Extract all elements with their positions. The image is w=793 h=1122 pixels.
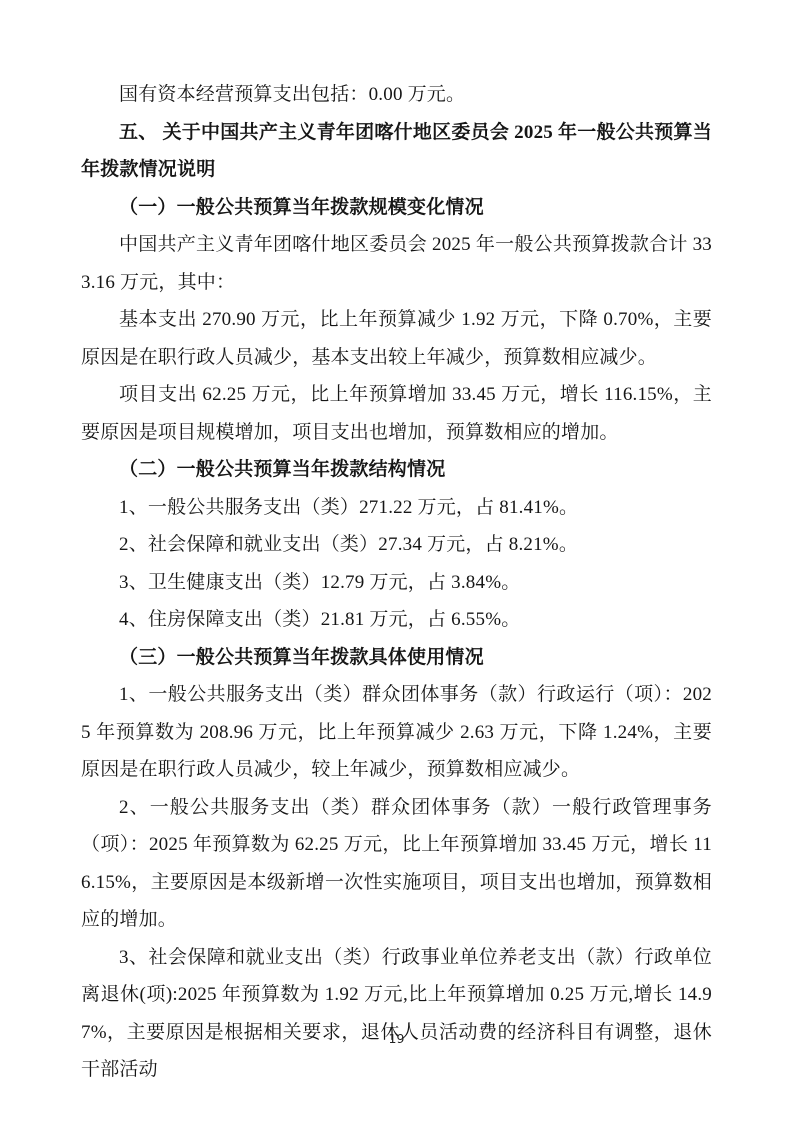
para-total-appropriation: 中国共产主义青年团喀什地区委员会 2025 年一般公共预算拨款合计 333.16… <box>81 226 712 301</box>
para-project-expenditure: 项目支出 62.25 万元，比上年预算增加 33.45 万元，增长 116.15… <box>81 376 712 451</box>
para-usage-item-2: 2、一般公共服务支出（类）群众团体事务（款）一般行政管理事务（项）：2025 年… <box>81 789 712 939</box>
para-structure-item-3: 3、卫生健康支出（类）12.79 万元，占 3.84%。 <box>81 564 712 602</box>
para-structure-item-1: 1、一般公共服务支出（类）271.22 万元，占 81.41%。 <box>81 489 712 527</box>
para-basic-expenditure: 基本支出 270.90 万元，比上年预算减少 1.92 万元，下降 0.70%，… <box>81 301 712 376</box>
heading-subsection-3: （三）一般公共预算当年拨款具体使用情况 <box>81 639 712 677</box>
para-soe-budget-expenditure: 国有资本经营预算支出包括：0.00 万元。 <box>81 76 712 114</box>
para-usage-item-3: 3、社会保障和就业支出（类）行政事业单位养老支出（款）行政单位离退休(项):20… <box>81 939 712 1089</box>
para-usage-item-1: 1、一般公共服务支出（类）群众团体事务（款）行政运行（项）：2025 年预算数为… <box>81 676 712 789</box>
document-page: 国有资本经营预算支出包括：0.00 万元。 五、 关于中国共产主义青年团喀什地区… <box>0 0 793 1122</box>
page-number: 19 <box>0 1031 793 1046</box>
para-structure-item-4: 4、住房保障支出（类）21.81 万元，占 6.55%。 <box>81 601 712 639</box>
heading-subsection-2: （二）一般公共预算当年拨款结构情况 <box>81 451 712 489</box>
heading-subsection-1: （一）一般公共预算当年拨款规模变化情况 <box>81 189 712 227</box>
heading-section-5: 五、 关于中国共产主义青年团喀什地区委员会 2025 年一般公共预算当年拨款情况… <box>81 114 712 189</box>
para-structure-item-2: 2、社会保障和就业支出（类）27.34 万元，占 8.21%。 <box>81 526 712 564</box>
document-body: 国有资本经营预算支出包括：0.00 万元。 五、 关于中国共产主义青年团喀什地区… <box>81 76 712 1089</box>
